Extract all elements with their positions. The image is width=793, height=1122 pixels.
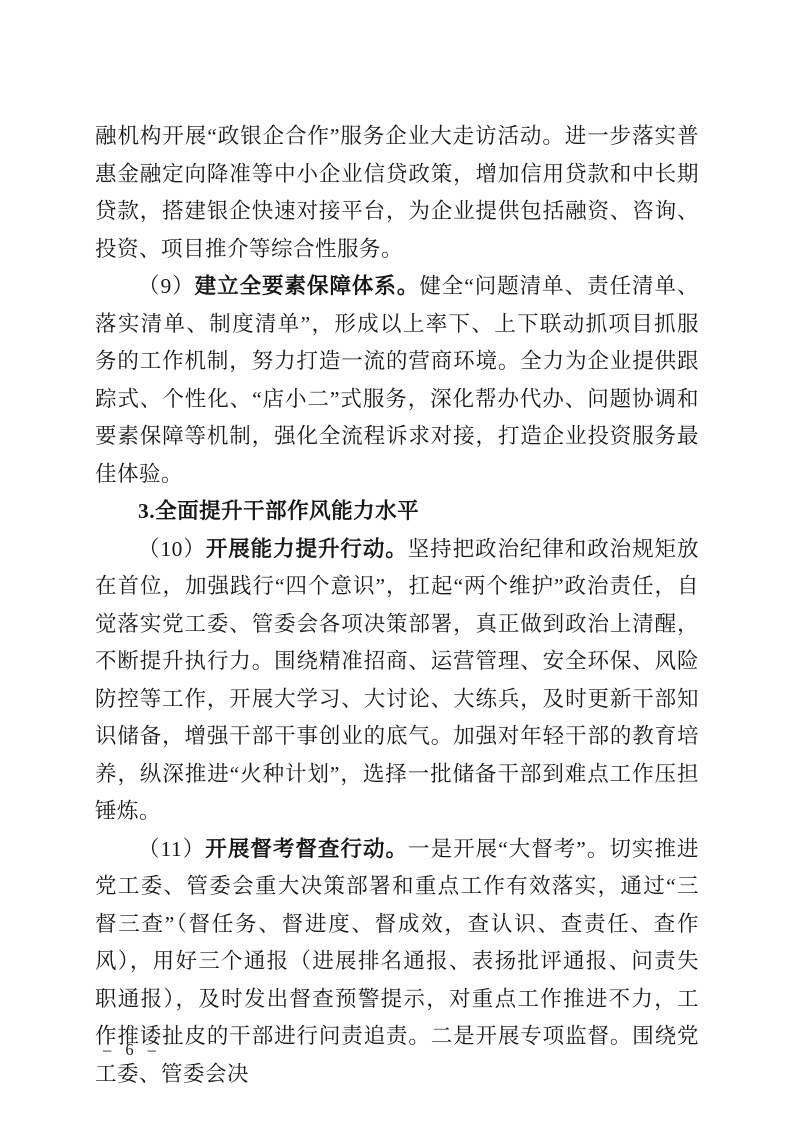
item-number: （11） (138, 837, 205, 861)
page-number: – 6 – (103, 1039, 161, 1061)
section-heading: 3.全面提升干部作风能力水平 (95, 493, 699, 531)
section-heading-text: 3.全面提升干部作风能力水平 (138, 499, 419, 523)
document-body: 融机构开展“政银企合作”服务企业大走访活动。进一步落实普惠金融定向降准等中小企业… (95, 118, 699, 1093)
item-number: （9） (138, 274, 195, 298)
body-text: 坚持把政治纪律和政治规矩放在首位，加强践行“四个意识”，扛起“两个维护”政治责任… (95, 537, 699, 824)
body-text: 健全“问题清单、责任清单、落实清单、制度清单”，形成以上率下、上下联动抓项目抓服… (95, 274, 699, 486)
paragraph-item-10: （10）开展能力提升行动。坚持把政治纪律和政治规矩放在首位，加强践行“四个意识”… (95, 531, 699, 831)
document-page: 融机构开展“政银企合作”服务企业大走访活动。进一步落实普惠金融定向降准等中小企业… (0, 0, 793, 1122)
body-text: 一是开展“大督考”。切实推进党工委、管委会重大决策部署和重点工作有效落实，通过“… (95, 837, 699, 1086)
body-text: 融机构开展“政银企合作”服务企业大走访活动。进一步落实普惠金融定向降准等中小企业… (95, 124, 699, 261)
paragraph-item-9: （9）建立全要素保障体系。健全“问题清单、责任清单、落实清单、制度清单”，形成以… (95, 268, 699, 493)
item-number: （10） (138, 537, 206, 561)
item-title: 开展督考督查行动。 (205, 837, 408, 861)
item-title: 开展能力提升行动。 (206, 537, 408, 561)
paragraph-item-11: （11）开展督考督查行动。一是开展“大督考”。切实推进党工委、管委会重大决策部署… (95, 831, 699, 1094)
item-title: 建立全要素保障体系。 (195, 274, 420, 298)
paragraph-continuation: 融机构开展“政银企合作”服务企业大走访活动。进一步落实普惠金融定向降准等中小企业… (95, 118, 699, 268)
